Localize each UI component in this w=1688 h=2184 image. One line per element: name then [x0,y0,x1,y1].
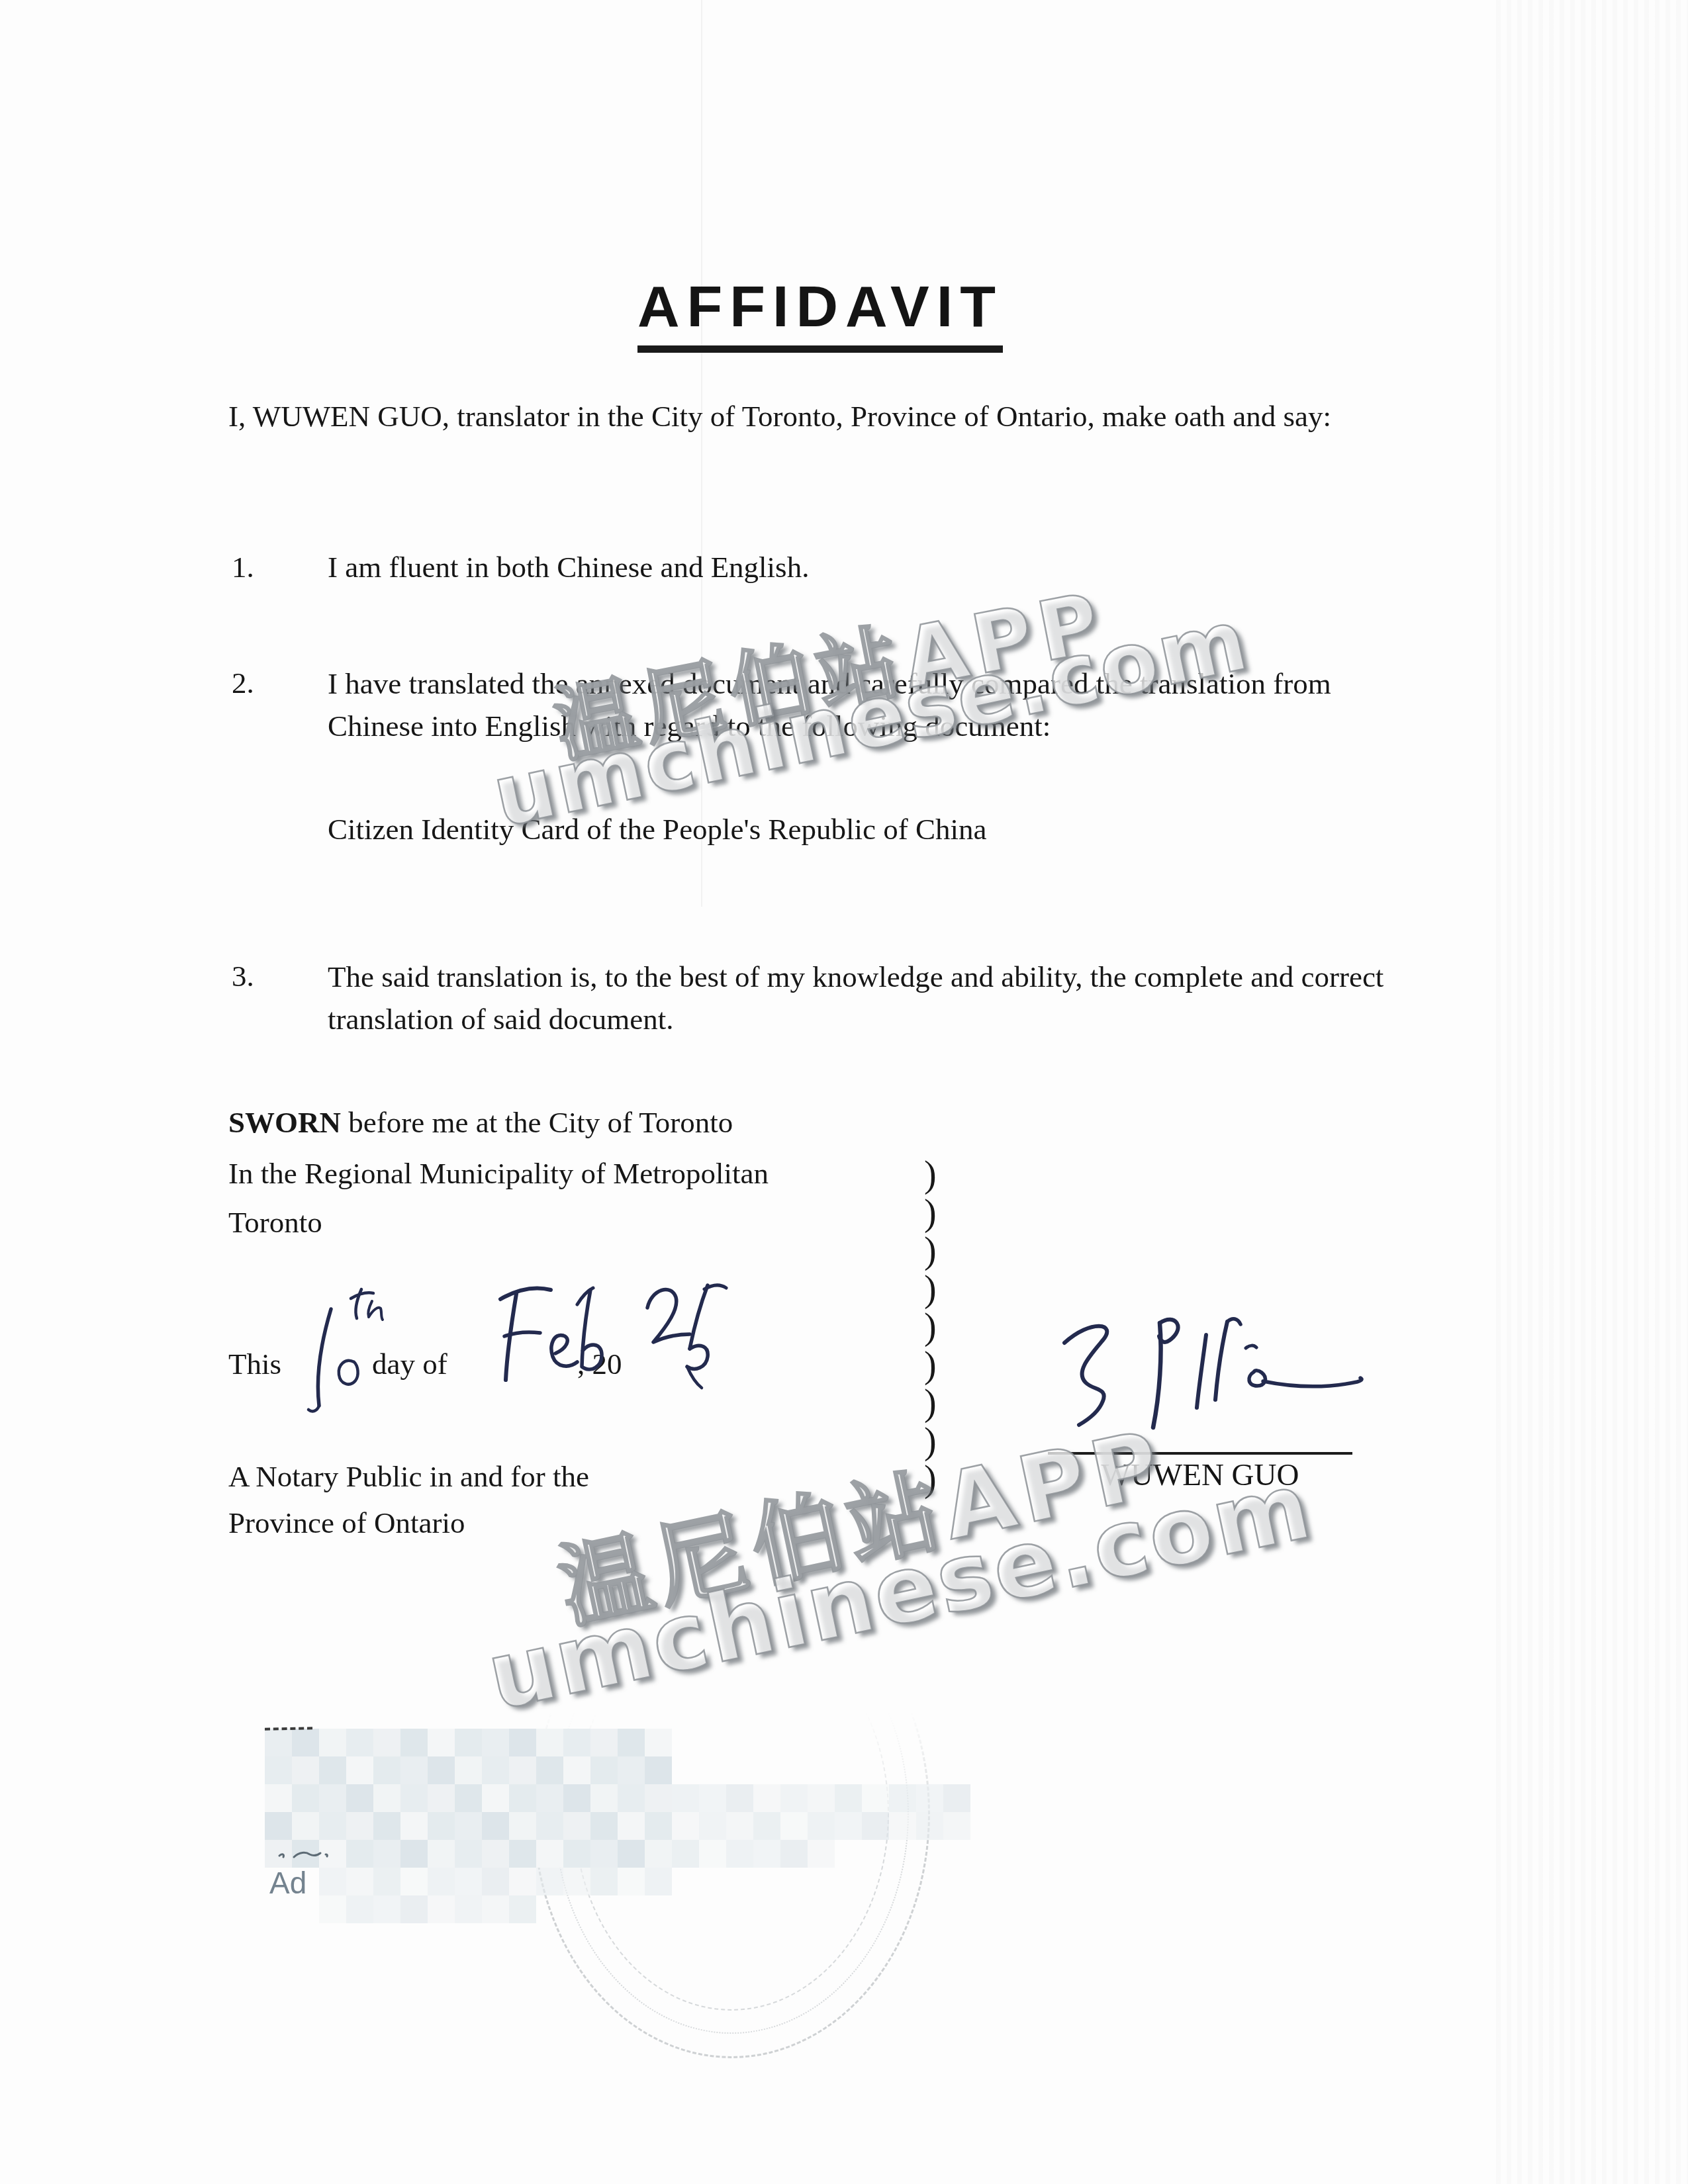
mosaic-tile [645,1812,672,1840]
mosaic-tile [428,1756,455,1784]
mosaic-tile [563,1784,590,1812]
mosaic-tile [699,1784,726,1812]
mosaic-tile [428,1868,455,1895]
mosaic-tile [943,1812,970,1840]
sworn-bracket: ) [924,1232,955,1271]
mosaic-tile [536,1784,563,1812]
sworn-bracket: ) [924,1347,955,1385]
mosaic-tile [482,1840,509,1868]
redacted-address-fragment: Ad [269,1865,306,1901]
sworn-line-1-rest: before me at the City of Toronto [341,1106,733,1139]
mosaic-tile [455,1840,482,1868]
mosaic-tile [400,1812,428,1840]
mosaic-tile [482,1784,509,1812]
mosaic-tile [400,1840,428,1868]
item-1-number: 1. [232,547,254,588]
mosaic-tile [943,1784,970,1812]
mosaic-tile [400,1729,428,1756]
sworn-line-3: Toronto [228,1202,322,1243]
mosaic-tile [590,1729,618,1756]
mosaic-tile [563,1840,590,1868]
item-3-text: The said translation is, to the best of … [328,956,1453,1040]
mosaic-tile [346,1868,373,1895]
mosaic-tile [916,1812,943,1840]
mosaic-tile [509,1812,536,1840]
mosaic-tile [509,1895,536,1923]
mosaic-tile [536,1729,563,1756]
mosaic-tile [699,1812,726,1840]
mosaic-tile [645,1756,672,1784]
intro-paragraph: I, WUWEN GUO, translator in the City of … [228,396,1393,437]
mosaic-tile [346,1840,373,1868]
mosaic-tile [373,1868,400,1895]
mosaic-tile [265,1729,292,1756]
mosaic-tile [428,1840,455,1868]
mosaic-tile [563,1756,590,1784]
mosaic-tile [618,1812,645,1840]
mosaic-tile [509,1840,536,1868]
mosaic-tile [645,1840,672,1868]
mosaic-tile [455,1784,482,1812]
mosaic-tile [346,1756,373,1784]
mosaic-tile [373,1895,400,1923]
handwritten-day [293,1269,392,1422]
item-2-number: 2. [232,662,254,704]
mosaic-tile [699,1840,726,1868]
mosaic-tile [373,1784,400,1812]
mosaic-tile [726,1840,753,1868]
sworn-line-2: In the Regional Municipality of Metropol… [228,1153,769,1194]
handwritten-month [491,1274,610,1403]
mosaic-tile [346,1729,373,1756]
mosaic-tile [753,1784,780,1812]
mosaic-tile [428,1784,455,1812]
mosaic-tile [862,1784,889,1812]
mosaic-tile [292,1756,319,1784]
mosaic-tile [916,1784,943,1812]
mosaic-tile [862,1812,889,1840]
mosaic-tile [590,1756,618,1784]
mosaic-tile [373,1756,400,1784]
mosaic-tile [645,1784,672,1812]
mosaic-tile [536,1812,563,1840]
mosaic-tile [618,1784,645,1812]
mosaic-tile [346,1812,373,1840]
mosaic-tile [618,1840,645,1868]
mosaic-tile [780,1812,808,1840]
mosaic-tile [808,1812,835,1840]
mosaic-tile [319,1812,346,1840]
jurat-this-label: This [228,1343,281,1385]
mosaic-tile [400,1868,428,1895]
mosaic-tile [563,1729,590,1756]
mosaic-tile [808,1840,835,1868]
mosaic-tile [618,1756,645,1784]
mosaic-tile [292,1812,319,1840]
mosaic-tile [428,1729,455,1756]
mosaic-tile [292,1729,319,1756]
mosaic-tile [482,1756,509,1784]
mosaic-tile [509,1868,536,1895]
annexed-document-line: Citizen Identity Card of the People's Re… [328,809,986,850]
mosaic-tile [618,1868,645,1895]
notary-line-1: A Notary Public in and for the [228,1456,589,1497]
sworn-keyword: SWORN [228,1106,341,1139]
mosaic-tile [645,1729,672,1756]
mosaic-tile [265,1756,292,1784]
scan-artifact-right-band [1496,0,1688,2184]
notary-line-2: Province of Ontario [228,1502,465,1543]
sworn-line-1: SWORN before me at the City of Toronto [228,1102,733,1143]
mosaic-tile [455,1756,482,1784]
mosaic-tile [563,1812,590,1840]
mosaic-tile [482,1895,509,1923]
mosaic-tile [455,1729,482,1756]
mosaic-tile [753,1812,780,1840]
mosaic-tile [292,1784,319,1812]
mosaic-tile [889,1812,916,1840]
mosaic-tile [780,1840,808,1868]
mosaic-tile [319,1729,346,1756]
mosaic-tile [428,1812,455,1840]
mosaic-tile [536,1840,563,1868]
mosaic-tile [373,1840,400,1868]
mosaic-tile [780,1784,808,1812]
mosaic-tile [590,1840,618,1868]
sworn-bracket: ) [924,1271,955,1309]
mosaic-tile [835,1784,862,1812]
mosaic-tile [319,1784,346,1812]
mosaic-tile [400,1895,428,1923]
mosaic-tile [482,1729,509,1756]
item-1-text: I am fluent in both Chinese and English. [328,547,1453,588]
mosaic-tile [563,1868,590,1895]
mosaic-tile [455,1812,482,1840]
mosaic-tile [428,1895,455,1923]
mosaic-tile [509,1784,536,1812]
mosaic-tile [455,1895,482,1923]
mosaic-tile [455,1868,482,1895]
sworn-bracket: ) [924,1308,955,1347]
mosaic-tile [726,1784,753,1812]
mosaic-tile [373,1812,400,1840]
mosaic-tile [346,1784,373,1812]
mosaic-tile [590,1812,618,1840]
mosaic-tile [645,1868,672,1895]
mosaic-tile [509,1756,536,1784]
mosaic-tile [400,1756,428,1784]
mosaic-tile [753,1840,780,1868]
mosaic-tile [319,1868,346,1895]
mosaic-tile [672,1840,699,1868]
mosaic-tile [536,1756,563,1784]
mosaic-tile [265,1784,292,1812]
document-title: AFFIDAVIT [637,273,1003,353]
sworn-bracket: ) [924,1156,955,1195]
mosaic-tile [808,1784,835,1812]
mosaic-tile [346,1895,373,1923]
mosaic-tile [482,1812,509,1840]
mosaic-tile [319,1756,346,1784]
mosaic-tile [509,1729,536,1756]
sworn-bracket: ) [924,1385,955,1423]
mosaic-tile [672,1812,699,1840]
redaction-mosaic [265,1729,973,1927]
mosaic-tile [265,1812,292,1840]
mosaic-tile [726,1812,753,1840]
mosaic-tile [672,1784,699,1812]
mosaic-tile [536,1868,563,1895]
mosaic-tile [482,1868,509,1895]
mosaic-tile [373,1729,400,1756]
mosaic-tile [590,1868,618,1895]
affidavit-scan-page: AFFIDAVIT I, WUWEN GUO, translator in th… [0,0,1688,2184]
mosaic-tile [618,1729,645,1756]
mosaic-tile [889,1784,916,1812]
mosaic-tile [319,1895,346,1923]
mosaic-tile [400,1784,428,1812]
mosaic-tile [590,1784,618,1812]
handwritten-year [630,1259,729,1401]
mosaic-tile [835,1812,862,1840]
sworn-bracket: ) [924,1195,955,1233]
item-3-number: 3. [232,956,254,997]
